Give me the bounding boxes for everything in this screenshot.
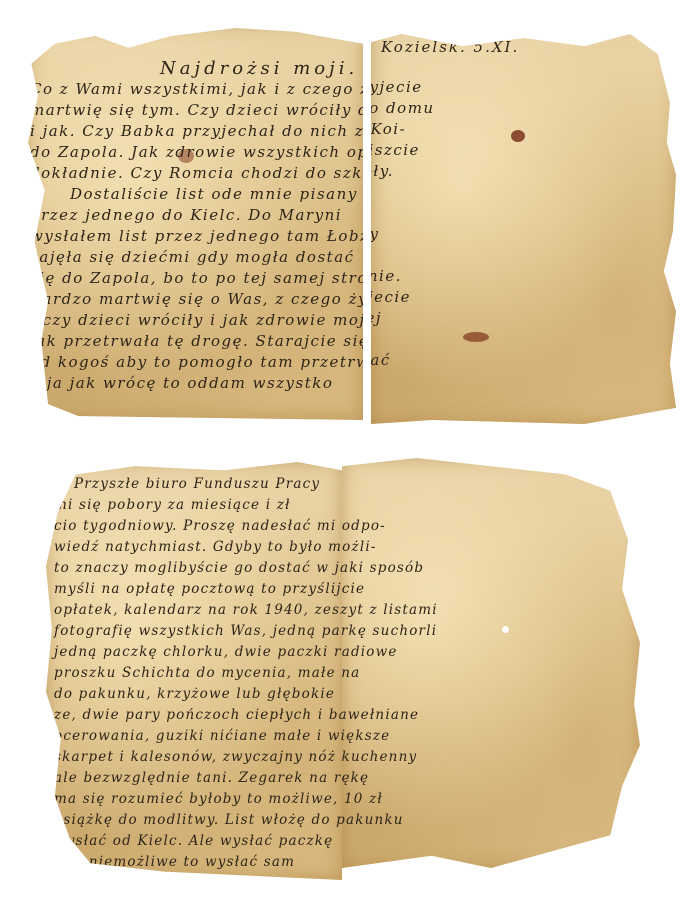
letter-line: cio tygodniowy. Proszę nadesłać mi odpo-: [54, 516, 342, 537]
letter-line: ze, dwie pary pończoch ciepłych i bawełn…: [54, 705, 342, 726]
place-date: Kozielsk. 5.XI.: [381, 38, 519, 56]
letter-line: jedną paczkę chlorku, dwie paczki radiow…: [342, 642, 352, 663]
letter-line: jest niemożliwe to wysłać sam: [342, 852, 352, 868]
letter-line: to znaczy moglibyście go dostać w jaki s…: [54, 558, 342, 579]
letter-line: wysłać od Kielc. Ale wysłać paczkę: [54, 831, 342, 852]
letter-line: cio tygodniowy. Proszę nadesłać mi odpo-: [342, 516, 352, 537]
letter-line: mi się pobory za miesiące i zł: [54, 495, 342, 516]
letter-line: Dostaliście list ode mnie pisany: [30, 184, 363, 205]
letter-fragment-bottom-right: Przyszłe biuro Funduszu Pracy mi się pob…: [342, 458, 640, 868]
letter-line: do Zapola. Jak zdrowie wszystkich opiszc…: [30, 142, 363, 163]
letter-line: skarpet i kalesonów, zwyczajny nóż kuche…: [54, 747, 342, 768]
letter-fragment-top-right: Kozielsk. 5.XI. Najdrożsi moji. Co z Wam…: [371, 22, 676, 424]
letter-line: i czy dzieci wróciły i jak zdrowie mojej: [30, 310, 363, 331]
rust-stain: [511, 130, 525, 142]
letter-line: myśli na opłatę pocztową to przyślijcie: [342, 579, 352, 600]
letter-line: wiedź natychmiast. Gdyby to było możli-: [342, 537, 352, 558]
letter-line: Bardzo martwię się o Was, z czego żyjeci…: [30, 289, 363, 310]
text-block-top-left: Najdrożsi moji. Co z Wami wszystkimi, ja…: [30, 58, 363, 394]
letter-line: ale bezwzględnie tani. Zegarek na rękę: [342, 768, 352, 789]
letter-line: ale bezwzględnie tani. Zegarek na rękę: [54, 768, 342, 789]
letter-line: fotografię wszystkich Was, jedną parkę s…: [54, 621, 342, 642]
letter-line: Co z Wami wszystkimi, jak i z czego żyje…: [30, 79, 363, 100]
letter-line: od kogoś aby to pomogło tam przetrwać: [30, 352, 363, 373]
salutation-left: Najdrożsi moji.: [30, 58, 363, 79]
letter-line: i jak. Czy Babka przyjechał do nich z Ko…: [30, 121, 363, 142]
letter-line: Przyszłe biuro Funduszu Pracy: [54, 474, 342, 495]
letter-line: książkę do modlitwy. List włożę do pakun…: [342, 810, 352, 831]
letter-fragment-top-left: Najdrożsi moji. Co z Wami wszystkimi, ja…: [28, 24, 363, 420]
letter-line: dokładnie. Czy Romcia chodzi do szkoły.: [30, 163, 363, 184]
letter-line: proszku Schichta do mycenia, małe na: [342, 663, 352, 684]
rust-stain: [463, 332, 489, 342]
letter-line: wysłać od Kielc. Ale wysłać paczkę: [342, 831, 352, 852]
letter-line: ma się rozumieć byłoby to możliwe, 10 zł: [342, 789, 352, 810]
letter-line: jedną paczkę chlorku, dwie paczki radiow…: [54, 642, 342, 663]
letter-fragment-bottom-left: Przyszłe biuro Funduszu Pracy mi się pob…: [46, 462, 342, 880]
letter-line: jest niemożliwe to wysłać sam: [54, 852, 342, 873]
letter-line: fotografię wszystkich Was, jedną parkę s…: [342, 621, 352, 642]
letter-line: skarpet i kalesonów, zwyczajny nóż kuche…: [342, 747, 352, 768]
letter-line: przez jednego do Kielc. Do Maryni: [30, 205, 363, 226]
paper-hole: [502, 626, 509, 633]
letter-line: się do Zapola, bo to po tej samej stroni…: [30, 268, 363, 289]
letter-line: jak przetrwała tę drogę. Starajcie się: [30, 331, 363, 352]
letter-line: opłatek, kalendarz na rok 1940, zeszyt z…: [342, 600, 352, 621]
letter-line: książkę do modlitwy. List włożę do pakun…: [54, 810, 342, 831]
text-block-bottom-left: Przyszłe biuro Funduszu Pracy mi się pob…: [54, 474, 342, 873]
letter-line: mi się pobory za miesiące i zł: [342, 495, 352, 516]
letter-line: ocerowania, guziki nićiane małe i większ…: [54, 726, 342, 747]
letter-line: ocerowania, guziki nićiane małe i większ…: [342, 726, 352, 747]
letter-line: to znaczy moglibyście go dostać w jaki s…: [342, 558, 352, 579]
letter-line: Przyszłe biuro Funduszu Pracy: [342, 474, 352, 495]
letter-line: proszku Schichta do mycenia, małe na: [54, 663, 342, 684]
letter-line: martwię się tym. Czy dzieci wróciły do d…: [30, 100, 363, 121]
letter-line: zajęła się dziećmi gdy mogła dostać: [30, 247, 363, 268]
letter-line: ze, dwie pary pończoch ciepłych i bawełn…: [342, 705, 352, 726]
text-block-bottom-right: Przyszłe biuro Funduszu Pracy mi się pob…: [342, 474, 352, 868]
letter-line: myśli na opłatę pocztową to przyślijcie: [54, 579, 342, 600]
letter-line: a ja jak wrócę to oddam wszystko: [30, 373, 363, 394]
letter-line: do pakunku, krzyżowe lub głębokie: [342, 684, 352, 705]
letter-line: do pakunku, krzyżowe lub głębokie: [54, 684, 342, 705]
letter-line: ma się rozumieć byłoby to możliwe, 10 zł: [54, 789, 342, 810]
letter-line: wiedź natychmiast. Gdyby to było możli-: [54, 537, 342, 558]
letter-line: opłatek, kalendarz na rok 1940, zeszyt z…: [54, 600, 342, 621]
letter-line: wysłałem list przez jednego tam Łobzy: [30, 226, 363, 247]
